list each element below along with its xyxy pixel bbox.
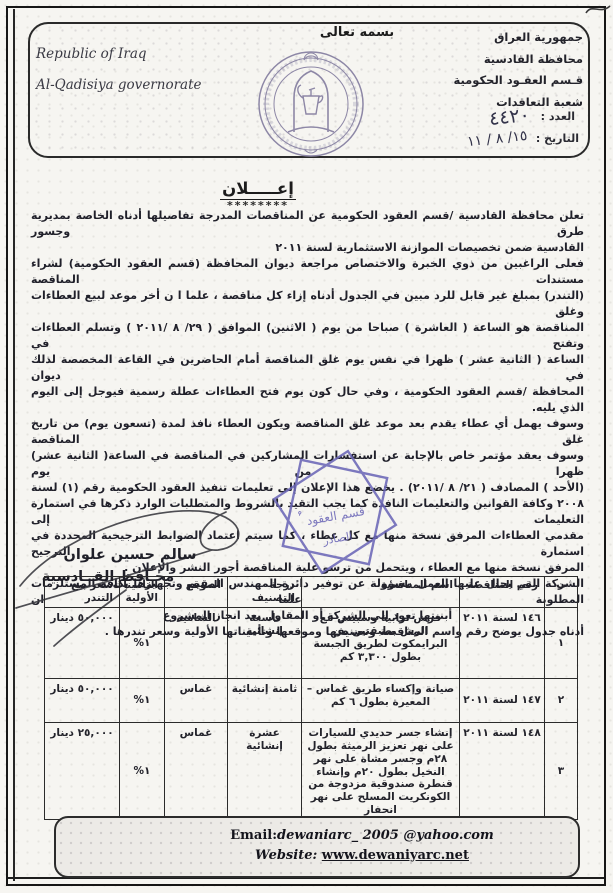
cell-tender-name: إنشاء جسر حديدي للسيارات على نهر تعزيز ا… <box>302 723 460 820</box>
header-english-country: Republic of Iraq <box>36 46 147 62</box>
cell-tender-number: ١٤٧ لسنة ٢٠١١ <box>460 679 545 723</box>
body-line: القادسية ضمن تخصيصات الموازنة الاستثماري… <box>31 240 584 256</box>
scanned-document-page: بسمه تعالى Republic of Iraq Al-Qadisiya … <box>0 0 613 893</box>
cell-tender-price: ٥٠,٠٠٠ دينار <box>45 679 120 723</box>
signatory-name: سالم حسين علوان <box>46 547 214 563</box>
table-row: ١ ١٤٦ لسنة ٢٠١١ فرش ترابية وسبيس مع الرش… <box>45 608 578 679</box>
website-value: www.dewaniyarc.net <box>322 848 469 863</box>
header-english-governorate: Al-Qadisiya governorate <box>36 77 202 93</box>
body-line: وسوف يهمل أي عطاء يقدم بعد موعد غلق المن… <box>31 416 584 448</box>
table-header-row: ت رقم المناقصة اسم المناقصة درجة التصنيف… <box>45 577 578 608</box>
cell-initial-deposit: ١% <box>120 608 165 679</box>
website-label: Website: <box>255 848 317 863</box>
document-number-label: العدد : <box>541 110 575 123</box>
body-line: فعلى الراغبين من ذوي الخبرة والاختصاص مر… <box>31 256 584 288</box>
col-tender-number: رقم المناقصة <box>460 577 545 608</box>
cell-tender-number: ١٤٨ لسنة ٢٠١١ <box>460 723 545 820</box>
cell-location: غماس <box>165 679 228 723</box>
cell-tender-price: ٢٥,٠٠٠ دينار <box>45 723 120 820</box>
email-value: dewaniarc_ 2005 @yahoo.com <box>277 828 494 843</box>
col-initial-deposit: التأمينات الأولية <box>120 577 165 608</box>
cell-serial: ٢ <box>545 679 578 723</box>
col-tender-price: سعر بيع التندر <box>45 577 120 608</box>
cell-location: الشامية <box>165 608 228 679</box>
governorate-emblem <box>252 48 370 160</box>
col-tender-name: اسم المناقصة <box>302 577 460 608</box>
body-line: المحافظة /قسم العقود الحكومية ، وفي حال … <box>31 384 584 416</box>
cell-tender-name: صيانة وإكساء طريق غماس – المعيرة بطول ٦ … <box>302 679 460 723</box>
cell-classification: عشرة إنشائية <box>228 723 302 820</box>
header-arabic-block: جمهورية العراق محافظة القادسية قـسم العق… <box>454 27 584 113</box>
document-date-line: التاريخ : ١٥/ ٨ / ١١ <box>467 131 579 147</box>
page-border-left-line <box>13 9 15 881</box>
email-line: Email:dewaniarc_ 2005 @yahoo.com <box>146 826 578 846</box>
col-serial: ت <box>545 577 578 608</box>
tenders-table: ت رقم المناقصة اسم المناقصة درجة التصنيف… <box>44 576 578 820</box>
bismillah-text: بسمه تعالى <box>297 25 417 40</box>
table-row: ٣ ١٤٨ لسنة ٢٠١١ إنشاء جسر حديدي للسيارات… <box>45 723 578 820</box>
pen-scribble-mark <box>584 1 612 17</box>
cell-serial: ١ <box>545 608 578 679</box>
cell-initial-deposit: ١% <box>120 723 165 820</box>
body-line: تعلن محافظة القادسية /قسم العقود الحكومي… <box>31 208 584 240</box>
col-location: الموقع <box>165 577 228 608</box>
cell-serial: ٣ <box>545 723 578 820</box>
official-stamp: محافظة القادسية قسم العقود الصادر <box>268 447 402 577</box>
col-classification: درجة التصنيف <box>228 577 302 608</box>
stamp-line1: قسم العقود <box>306 504 366 529</box>
body-line: (التندر) بمبلغ غير قابل للرد مبين في الج… <box>31 288 584 320</box>
email-label: Email: <box>230 828 277 843</box>
cell-tender-number: ١٤٦ لسنة ٢٠١١ <box>460 608 545 679</box>
header-arabic-governorate: محافظة القادسية <box>454 49 584 71</box>
document-number-handwritten: ٤٤٢٠ <box>488 104 531 130</box>
website-line: Website: www.dewaniyarc.net <box>146 846 578 866</box>
header-arabic-country: جمهورية العراق <box>454 27 584 49</box>
body-line: الساعة ( الثانية عشر ) ظهرا في نفس يوم غ… <box>31 352 584 384</box>
document-date-label: التاريخ : <box>536 132 579 145</box>
body-line: المناقصة هو الساعة ( العاشرة ) صباحا من … <box>31 320 584 352</box>
header-arabic-department: قـسم العقـود الحكومية <box>454 70 584 92</box>
announcement-title: إعـــــلان <box>0 179 516 198</box>
cell-initial-deposit: ١% <box>120 679 165 723</box>
table-row: ٢ ١٤٧ لسنة ٢٠١١ صيانة وإكساء طريق غماس –… <box>45 679 578 723</box>
cell-location: غماس <box>165 723 228 820</box>
document-number-line: العدد : ٤٤٢٠ <box>489 106 575 128</box>
cell-classification: تاسعة إنشائية <box>228 608 302 679</box>
cell-tender-name: فرش ترابية وسبيس مع الرش بطبقتين من البر… <box>302 608 460 679</box>
stamp-line2: الصادر <box>321 529 353 547</box>
document-date-handwritten: ١٥/ ٨ / ١١ <box>466 128 528 150</box>
cell-classification: ثامنة إنشائية <box>228 679 302 723</box>
cell-tender-price: ٥٠,٠٠٠ دينار <box>45 608 120 679</box>
contact-footer-box: Email:dewaniarc_ 2005 @yahoo.com Website… <box>54 816 580 878</box>
